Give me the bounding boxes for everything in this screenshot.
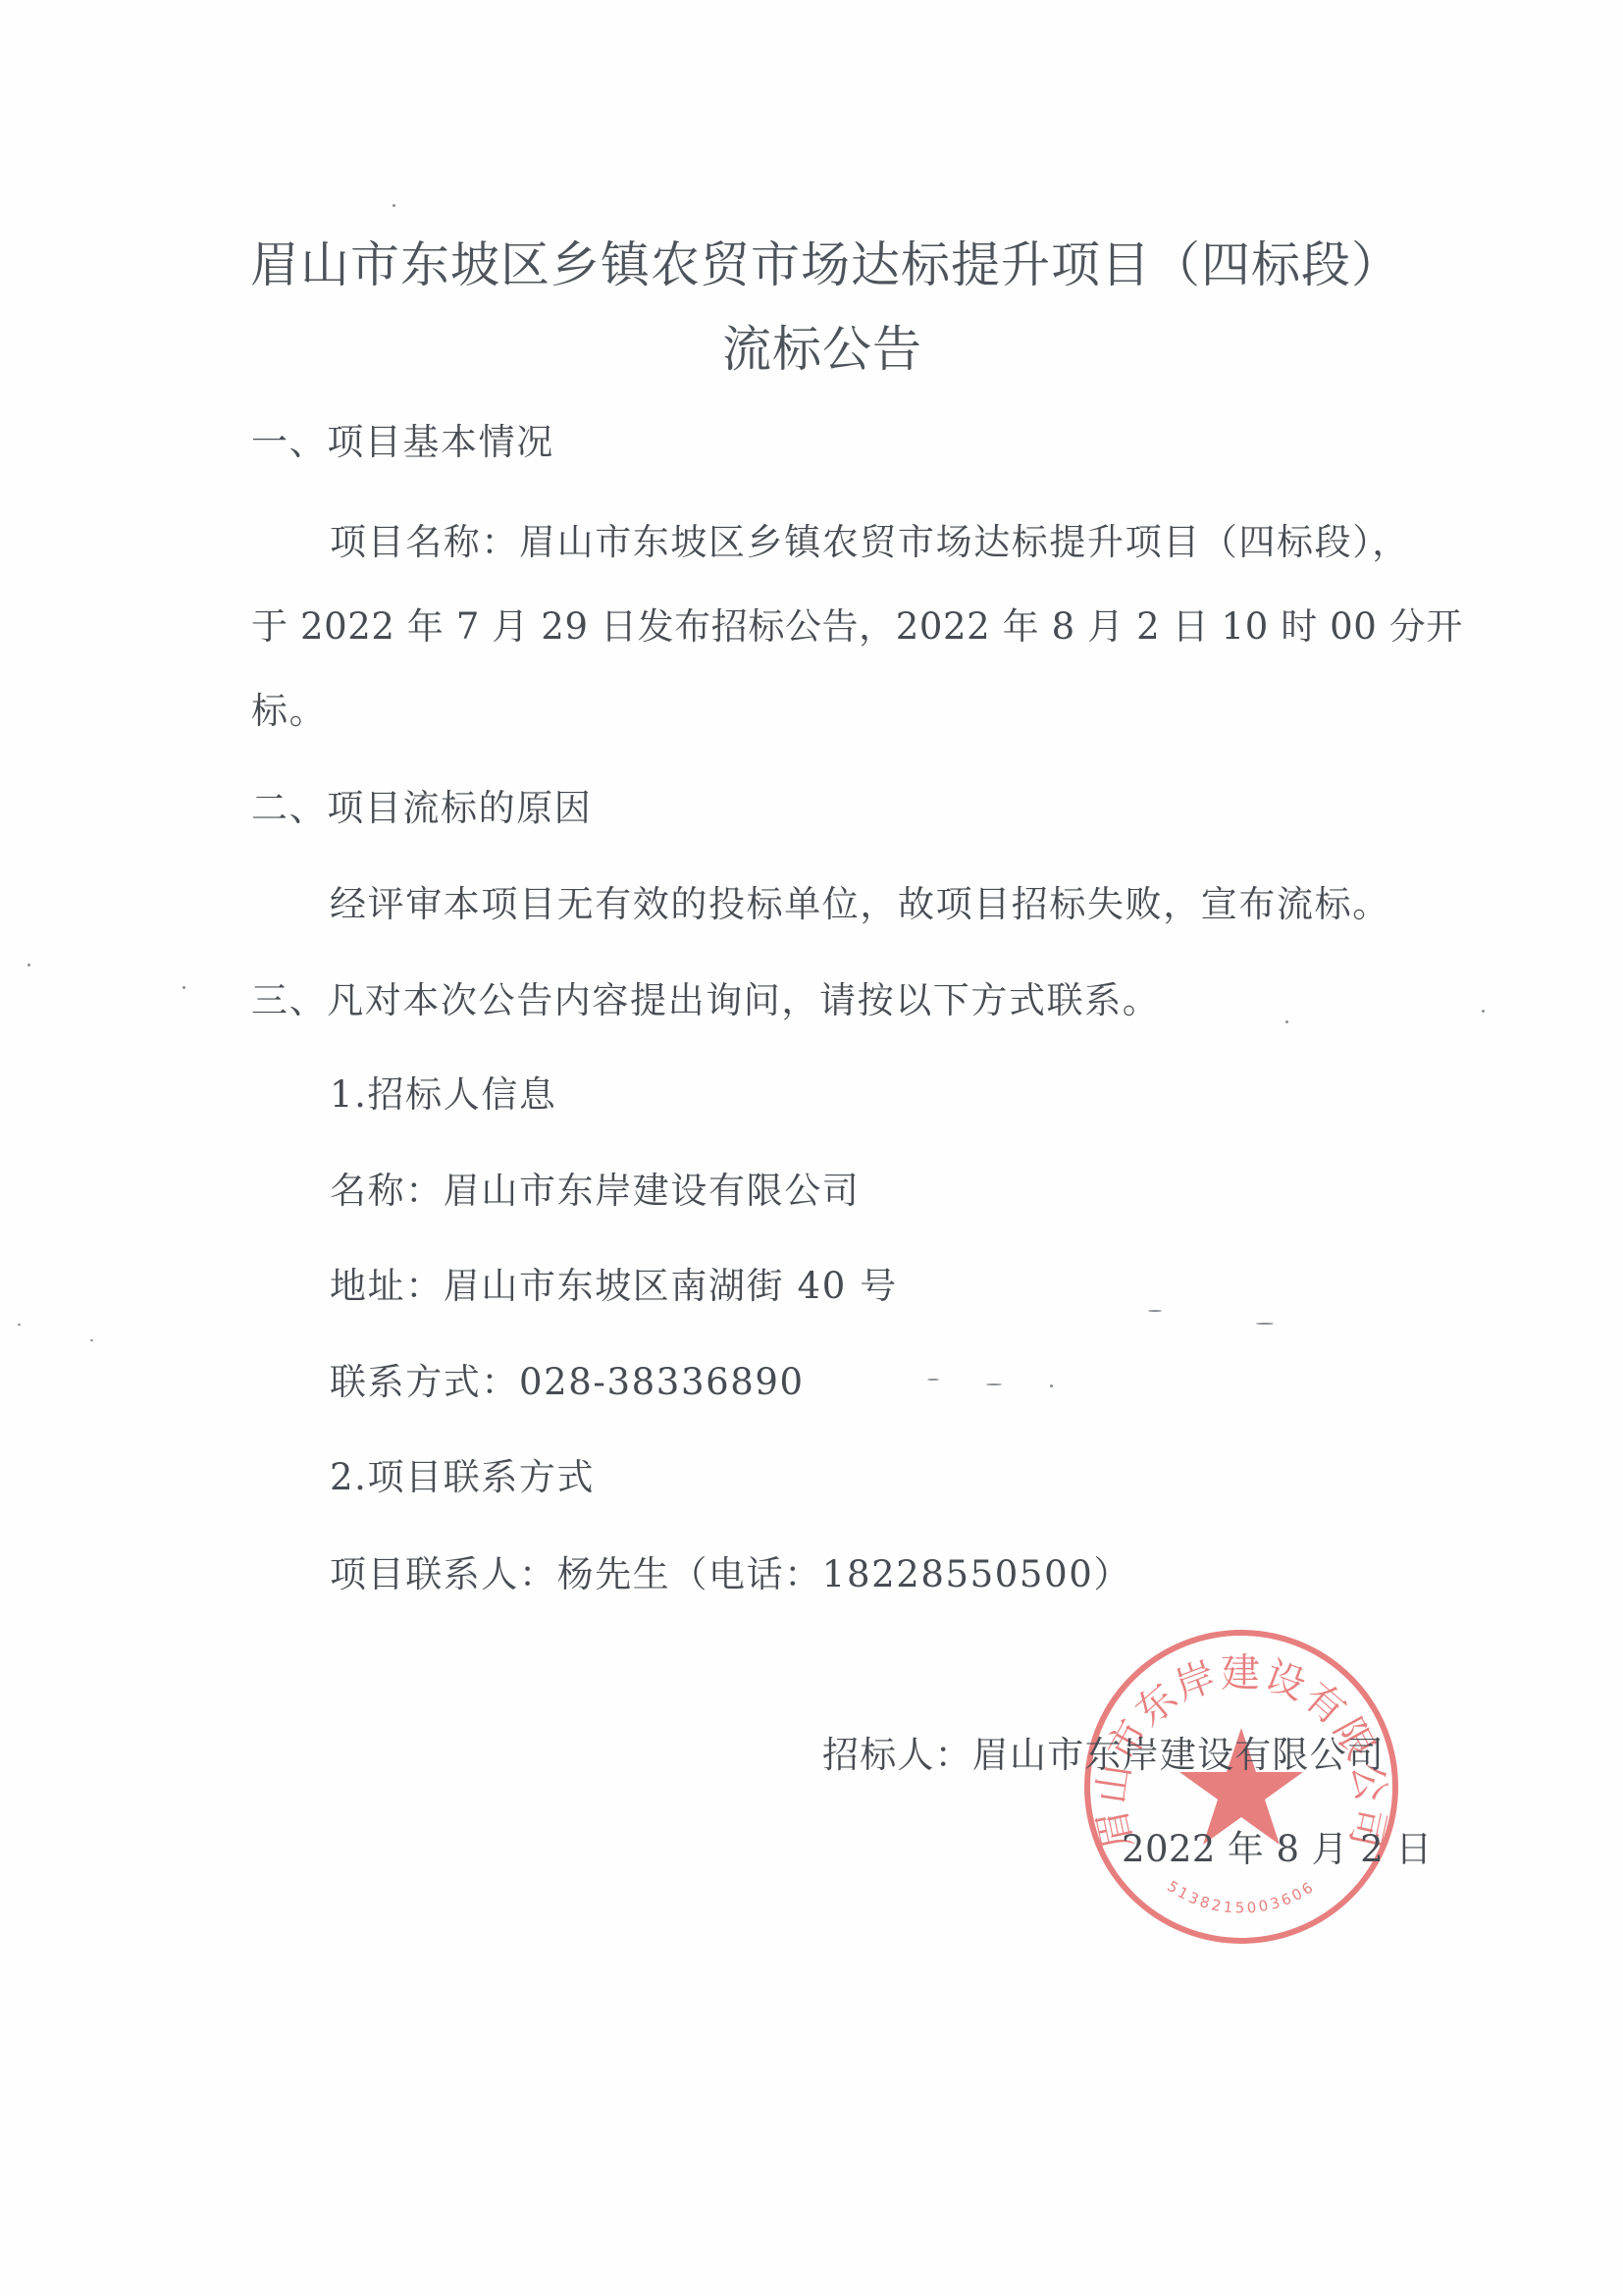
svg-text:5138215003606: 5138215003606	[1164, 1877, 1318, 1916]
scan-speck	[393, 204, 395, 207]
scan-speck	[1256, 1323, 1274, 1325]
scan-speck	[1285, 1020, 1288, 1023]
subsection-heading-1: 1.招标人信息	[330, 1076, 557, 1113]
scan-speck	[27, 964, 30, 966]
paragraph-line: 经评审本项目无有效的投标单位，故项目招标失败，宣布流标。	[330, 886, 1390, 922]
scan-speck	[90, 1339, 93, 1341]
contact-phone-line: 联系方式：028-38336890	[330, 1364, 805, 1400]
paragraph-line: 于 2022 年 7 月 29 日发布招标公告，2022 年 8 月 2 日 1…	[251, 608, 1463, 645]
scan-speck	[18, 1324, 21, 1326]
scan-speck	[986, 1383, 1002, 1385]
scan-speck	[1482, 1010, 1485, 1013]
document-page: 眉山市东坡区乡镇农贸市场达标提升项目（四标段） 流标公告 一、项目基本情况 项目…	[0, 0, 1623, 2296]
document-title-line-1: 眉山市东坡区乡镇农贸市场达标提升项目（四标段）	[250, 240, 1401, 289]
company-seal-stamp-icon: 眉山市东岸建设有限公司 5138215003606	[1079, 1625, 1403, 1949]
contact-name-line: 名称：眉山市东岸建设有限公司	[330, 1173, 860, 1209]
document-title-line-2: 流标公告	[722, 325, 922, 374]
section-heading-1: 一、项目基本情况	[251, 424, 554, 460]
scan-speck	[927, 1379, 939, 1381]
subsection-heading-2: 2.项目联系方式	[330, 1459, 595, 1495]
scan-speck	[183, 986, 185, 989]
project-contact-line: 项目联系人：杨先生（电话：18228550500）	[330, 1556, 1131, 1592]
section-heading-3: 三、凡对本次公告内容提出询问，请按以下方式联系。	[251, 982, 1160, 1018]
paragraph-line: 标。	[251, 693, 327, 729]
paragraph-line: 项目名称：眉山市东坡区乡镇农贸市场达标提升项目（四标段），	[330, 524, 1410, 560]
signature-issuer: 招标人：眉山市东岸建设有限公司	[822, 1737, 1385, 1773]
scan-speck	[1050, 1384, 1053, 1387]
seal-code-text: 5138215003606	[1164, 1877, 1318, 1916]
scan-speck	[1148, 1310, 1162, 1312]
contact-address-line: 地址：眉山市东坡区南湖街 40 号	[330, 1268, 898, 1304]
signature-date: 2022 年 8 月 2 日	[1122, 1831, 1433, 1867]
section-heading-2: 二、项目流标的原因	[251, 790, 592, 826]
